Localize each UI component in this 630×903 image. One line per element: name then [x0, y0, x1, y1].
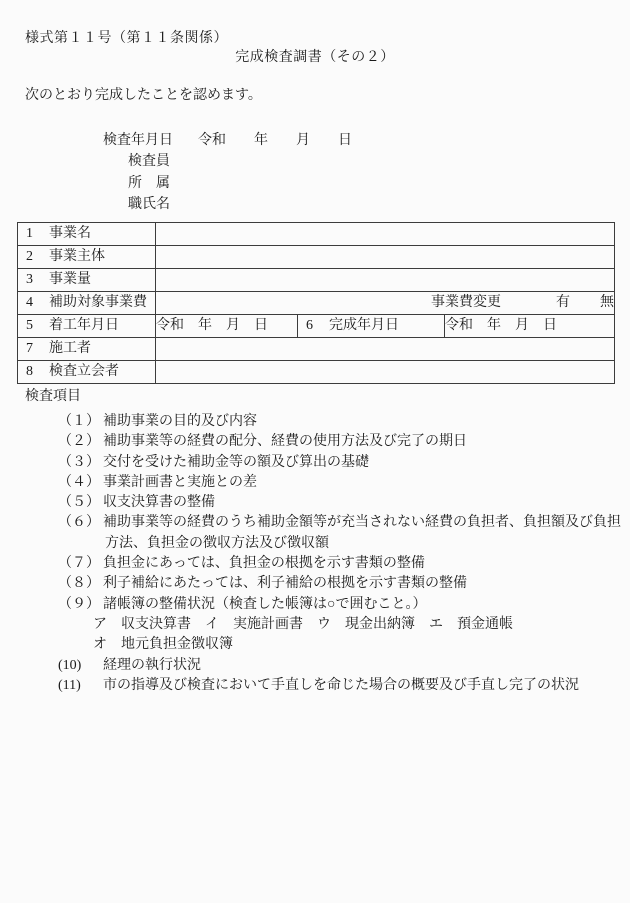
item-number: （１） — [58, 412, 103, 432]
row-label-cell: 3事業量 — [18, 269, 156, 292]
table-row-dates: 5着工年月日 令和 年 月 日 6完成年月日 令和 年 月 日 — [18, 315, 615, 338]
item-number: （９） — [58, 595, 103, 615]
item-text: 収支決算書の整備 — [103, 493, 215, 513]
checklist-item: (11)市の指導及び検査において手直しを命じた場合の概要及び手直し完了の状況 — [25, 676, 621, 696]
item-text: 方法、負担金の徴収方法及び徴収額 — [105, 534, 329, 554]
cost-change-label: 事業費変更 — [431, 295, 501, 310]
checklist-item: （７）負担金にあっては、負担金の根拠を示す書類の整備 — [25, 554, 621, 574]
checklist-section: 検査項目 （１）補助事業の目的及び内容 （２）補助事業等の経費の配分、経費の使用… — [25, 389, 621, 696]
item-text: 補助事業等の経費のうち補助金額等が充当されない経費の負担者、負担額及び負担 — [103, 513, 621, 533]
table-row-project-entity: 2事業主体 — [18, 246, 615, 269]
item-number: （３） — [58, 453, 103, 473]
summary-table: 1事業名 2事業主体 3事業量 4補助対象事業費 事業費変更有無 5着工年月日 … — [17, 222, 615, 384]
checklist-heading: 検査項目 — [25, 389, 621, 412]
checklist-item-continuation: 方法、負担金の徴収方法及び徴収額 — [25, 534, 621, 554]
row-label: 着工年月日 — [49, 318, 119, 333]
item-number: （７） — [58, 554, 103, 574]
item-text: 事業計画書と実施との差 — [103, 473, 257, 493]
checklist-item: （５）収支決算書の整備 — [25, 493, 621, 513]
checklist-item: （２）補助事業等の経費の配分、経費の使用方法及び完了の期日 — [25, 432, 621, 452]
completion-date-value-cell: 令和 年 月 日 — [445, 315, 615, 338]
item-number: （６） — [58, 513, 103, 533]
row-label-cell: 2事業主体 — [18, 246, 156, 269]
row-label: 検査立会者 — [49, 364, 119, 379]
item-text: 経理の執行状況 — [103, 656, 201, 676]
item-text: 交付を受けた補助金等の額及び算出の基礎 — [103, 453, 369, 473]
inspection-date-value: 令和 年 月 日 — [198, 133, 352, 148]
table-row-project-volume: 3事業量 — [18, 269, 615, 292]
item-number: （５） — [58, 493, 103, 513]
row-label-cell: 1事業名 — [18, 223, 156, 246]
row-label-cell: 8検査立会者 — [18, 361, 156, 384]
item-text: 諸帳簿の整備状況（検査した帳簿は○で囲むこと。） — [103, 595, 426, 615]
checklist-item: （９）諸帳簿の整備状況（検査した帳簿は○で囲むこと。） — [25, 595, 621, 615]
row-value-cell: 事業費変更有無 — [156, 292, 615, 315]
item-text: 利子補給にあたっては、利子補給の根拠を示す書類の整備 — [103, 574, 467, 594]
item-text: 市の指導及び検査において手直しを命じた場合の概要及び手直し完了の状況 — [103, 676, 579, 696]
row-number: 6 — [306, 315, 329, 337]
position-name-label: 職氏名 — [128, 194, 352, 215]
completion-date-label-cell: 6完成年月日 — [298, 315, 445, 338]
document-title: 完成検査調書（その２） — [0, 46, 630, 66]
row-label: 事業量 — [49, 272, 91, 287]
row-number: 5 — [26, 315, 49, 337]
item-number: （２） — [58, 432, 103, 452]
row-label-cell: 7施工者 — [18, 338, 156, 361]
checklist-item: （６）補助事業等の経費のうち補助金額等が充当されない経費の負担者、負担額及び負担 — [25, 513, 621, 533]
document-page: 様式第１１号（第１１条関係） 完成検査調書（その２） 次のとおり完成したことを認… — [0, 0, 630, 903]
table-row-contractor: 7施工者 — [18, 338, 615, 361]
inspector-label: 検査員 — [128, 151, 352, 172]
row-label-cell: 5着工年月日 — [18, 315, 156, 338]
item-text: オ 地元負担金徴収簿 — [93, 635, 233, 655]
cost-change-option-no: 無 — [600, 295, 614, 310]
item-text: 補助事業等の経費の配分、経費の使用方法及び完了の期日 — [103, 432, 467, 452]
cost-change-option-yes: 有 — [556, 295, 570, 310]
row-value-cell — [156, 269, 615, 292]
checklist-item: （１）補助事業の目的及び内容 — [25, 412, 621, 432]
affiliation-label: 所 属 — [128, 173, 352, 194]
item-text: 補助事業の目的及び内容 — [103, 412, 257, 432]
table-row-witness: 8検査立会者 — [18, 361, 615, 384]
row-number: 1 — [26, 223, 49, 245]
checklist-subitem-list: ア 収支決算書 イ 実施計画書 ウ 現金出納簿 エ 預金通帳 — [25, 615, 621, 635]
row-number: 4 — [26, 292, 49, 314]
row-label: 完成年月日 — [329, 318, 399, 333]
row-value-cell — [156, 361, 615, 384]
inspection-date-line: 検査年月日令和 年 月 日 — [103, 130, 352, 151]
item-number: (10) — [58, 656, 103, 676]
row-number: 8 — [26, 361, 49, 383]
row-label: 補助対象事業費 — [49, 295, 147, 310]
start-date-value-cell: 令和 年 月 日 — [156, 315, 298, 338]
item-text: ア 収支決算書 イ 実施計画書 ウ 現金出納簿 エ 預金通帳 — [93, 615, 513, 635]
row-label-cell: 4補助対象事業費 — [18, 292, 156, 315]
row-value-cell — [156, 338, 615, 361]
row-number: 3 — [26, 269, 49, 291]
row-number: 7 — [26, 338, 49, 360]
row-label: 事業名 — [49, 226, 91, 241]
form-number: 様式第１１号（第１１条関係） — [25, 27, 228, 47]
item-number: (11) — [58, 676, 103, 696]
item-number: （８） — [58, 574, 103, 594]
inspection-header: 検査年月日令和 年 月 日 検査員 所 属 職氏名 — [0, 130, 352, 215]
row-label: 事業主体 — [49, 249, 105, 264]
item-number: （４） — [58, 473, 103, 493]
row-number: 2 — [26, 246, 49, 268]
item-text: 負担金にあっては、負担金の根拠を示す書類の整備 — [103, 554, 425, 574]
row-value-cell — [156, 246, 615, 269]
checklist-item: （４）事業計画書と実施との差 — [25, 473, 621, 493]
table-row-subsidy-cost: 4補助対象事業費 事業費変更有無 — [18, 292, 615, 315]
checklist-item: （８）利子補給にあたっては、利子補給の根拠を示す書類の整備 — [25, 574, 621, 594]
checklist-item: (10)経理の執行状況 — [25, 656, 621, 676]
inspection-date-label: 検査年月日 — [103, 133, 173, 148]
intro-text: 次のとおり完成したことを認めます。 — [25, 84, 262, 104]
checklist-item: （３）交付を受けた補助金等の額及び算出の基礎 — [25, 453, 621, 473]
row-value-cell — [156, 223, 615, 246]
table-row-project-name: 1事業名 — [18, 223, 615, 246]
row-label: 施工者 — [49, 341, 91, 356]
checklist-subitem-list: オ 地元負担金徴収簿 — [25, 635, 621, 655]
